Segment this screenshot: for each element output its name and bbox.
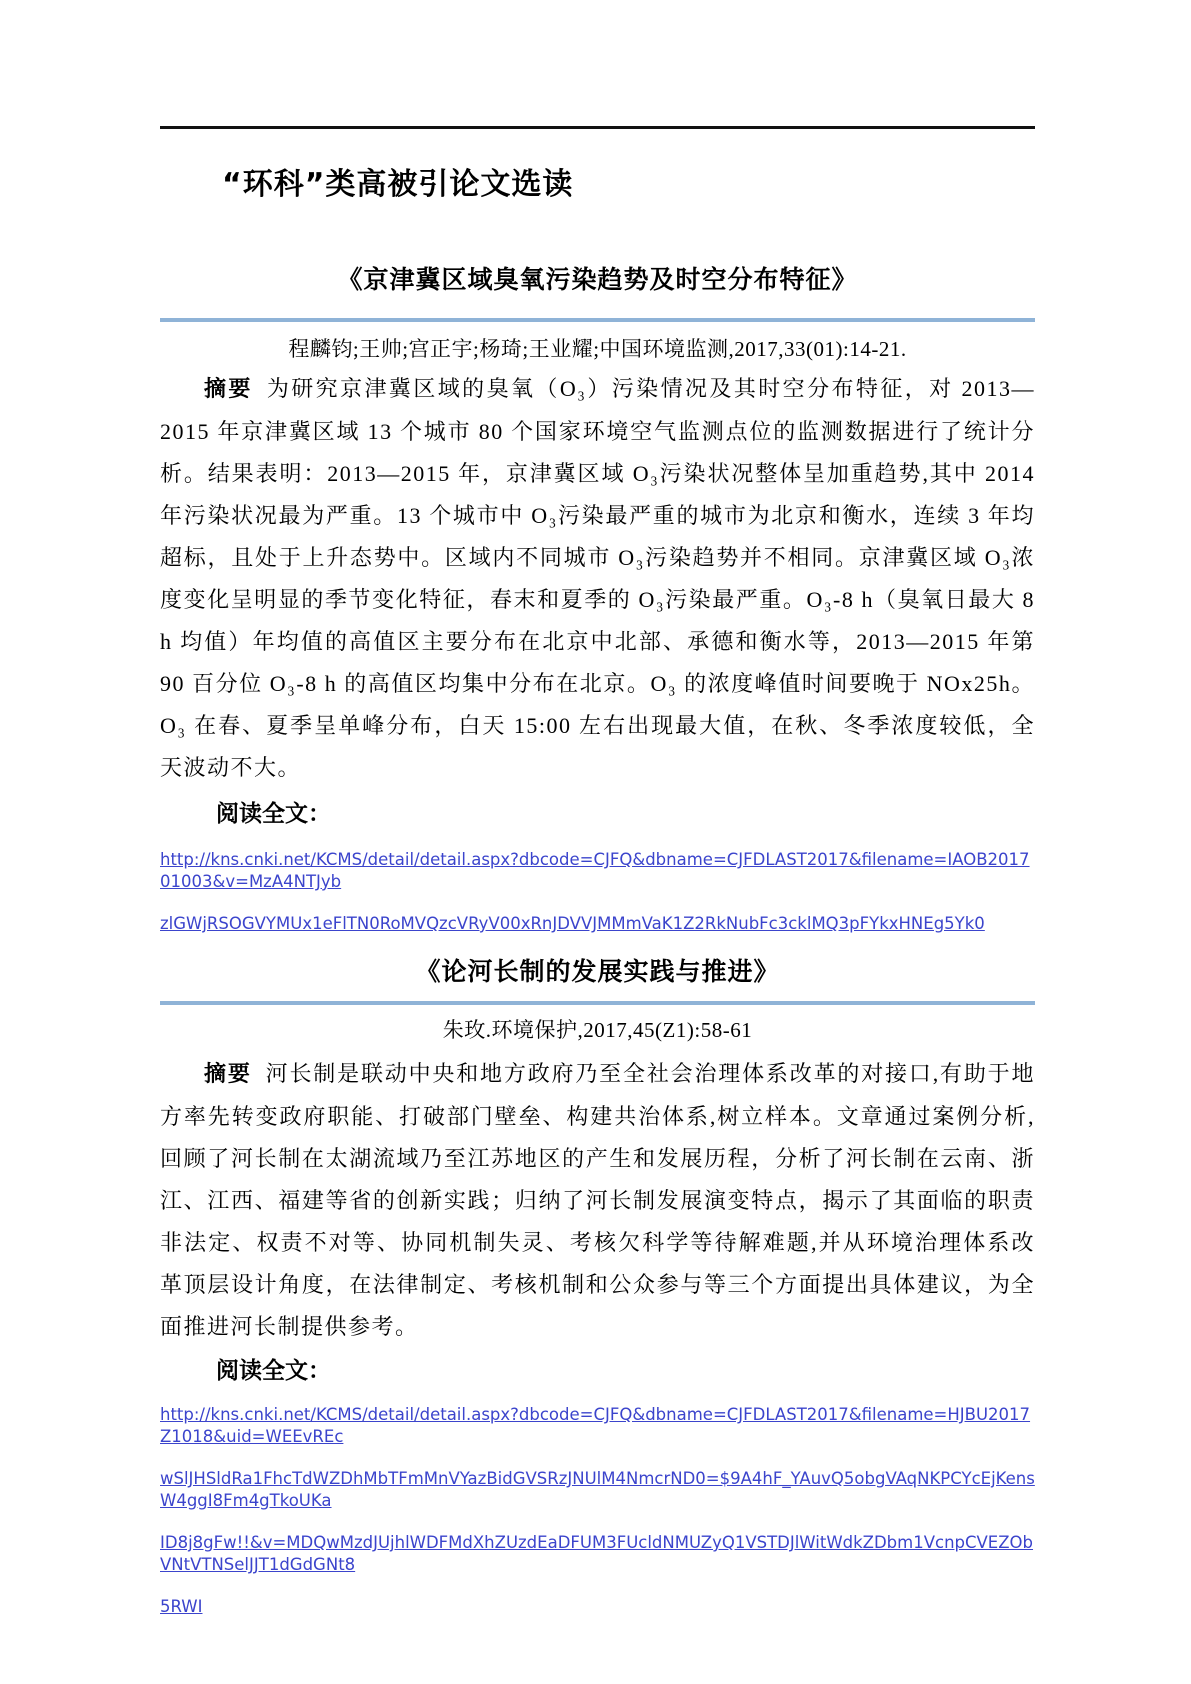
article-link-line[interactable]: http://kns.cnki.net/KCMS/detail/detail.a… <box>160 1404 1035 1448</box>
article-link-line[interactable]: ID8j8gFw!!&v=MDQwMzdJUjhlWDFMdXhZUzdEaDF… <box>160 1532 1035 1576</box>
link-block: http://kns.cnki.net/KCMS/detail/detail.a… <box>160 1404 1035 1618</box>
top-divider <box>160 126 1035 129</box>
abstract-text: 河长制是联动中央和地方政府乃至全社会治理体系改革的对接口,有助于地方率先转变政府… <box>160 1061 1035 1339</box>
abstract-label: 摘要 <box>204 377 253 402</box>
article-link-line[interactable]: 5RWI <box>160 1596 202 1618</box>
page-title: “环科”类高被引论文选读 <box>160 165 1035 205</box>
article-abstract: 摘要河长制是联动中央和地方政府乃至全社会治理体系改革的对接口,有助于地方率先转变… <box>160 1053 1035 1348</box>
abstract-label: 摘要 <box>204 1062 252 1087</box>
article-title: 《京津冀区域臭氧污染趋势及时空分布特征》 <box>160 263 1035 297</box>
article-link-line[interactable]: wSlJHSldRa1FhcTdWZDhMbTFmMnVYazBidGVSRzJ… <box>160 1468 1035 1512</box>
article-citation: 程麟钧;王帅;宫正宇;杨琦;王业耀;中国环境监测,2017,33(01):14-… <box>160 336 1035 362</box>
link-block: http://kns.cnki.net/KCMS/detail/detail.a… <box>160 849 1035 935</box>
blue-divider <box>160 1001 1035 1005</box>
blue-divider <box>160 318 1035 322</box>
document-page: “环科”类高被引论文选读 《京津冀区域臭氧污染趋势及时空分布特征》 程麟钧;王帅… <box>0 0 1191 1684</box>
article-title: 《论河长制的发展实践与推进》 <box>160 955 1035 989</box>
article-link-line[interactable]: zlGWjRSOGVYMUx1eFlTN0RoMVQzcVRyV00xRnJDV… <box>160 913 985 935</box>
article-link-line[interactable]: http://kns.cnki.net/KCMS/detail/detail.a… <box>160 849 1035 893</box>
read-full-text-label: 阅读全文： <box>160 799 1035 829</box>
read-full-text-label: 阅读全文： <box>160 1356 1035 1386</box>
article-section-ozone: 《京津冀区域臭氧污染趋势及时空分布特征》 程麟钧;王帅;宫正宇;杨琦;王业耀;中… <box>160 263 1035 935</box>
article-section-river-chief: 《论河长制的发展实践与推进》 朱玫.环境保护,2017,45(Z1):58-61… <box>160 955 1035 1618</box>
article-citation: 朱玫.环境保护,2017,45(Z1):58-61 <box>160 1017 1035 1043</box>
abstract-text: 为研究京津冀区域的臭氧（O₃）污染情况及其时空分布特征，对 2013—2015 … <box>160 376 1035 780</box>
article-abstract: 摘要为研究京津冀区域的臭氧（O₃）污染情况及其时空分布特征，对 2013—201… <box>160 368 1035 789</box>
